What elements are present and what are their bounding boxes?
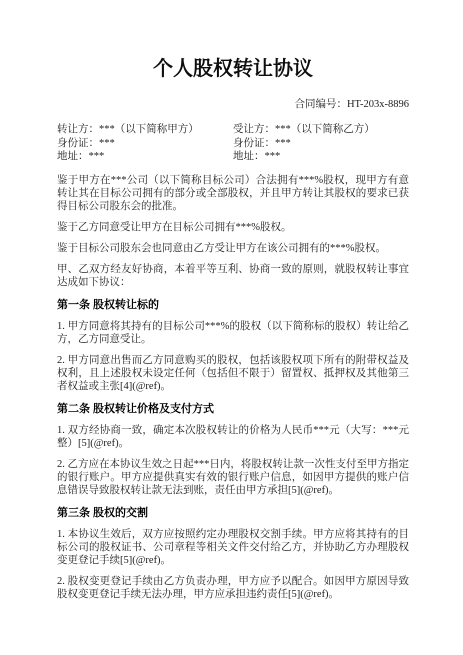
party-transferor: 转让方：***（以下简称甲方） 身份证：*** 地址：*** [57,123,233,164]
party-transferee: 受让方：***（以下简称乙方） 身份证：*** 地址：*** [233,123,409,164]
transferee-name-line: 受让方：***（以下简称乙方） [233,123,409,137]
recital-paragraph: 鉴于乙方同意受让甲方在目标公司拥有***%股权。 [57,221,409,234]
article-heading: 第三条 股权的交割 [57,506,409,520]
document-page: 个人股权转让协议 合同编号：HT-203x-8896 转让方：***（以下简称甲… [0,0,463,655]
contract-number-value: HT-203x-8896 [347,99,409,110]
clause-paragraph: 2. 股权变更登记手续由乙方负责办理，甲方应予以配合。如因甲方原因导致股权变更登… [57,575,409,601]
contract-number-label: 合同编号： [294,99,347,110]
clause-paragraph: 1. 甲方同意将其持有的目标公司***%的股权（以下简称标的股权）转让给乙方，乙… [57,320,409,346]
clause-paragraph: 1. 双方经协商一致，确定本次股权转让的价格为人民币***元（大写：***元整）… [57,424,409,450]
parties-block: 转让方：***（以下简称甲方） 身份证：*** 地址：*** 受让方：***（以… [57,123,409,164]
transferor-name-line: 转让方：***（以下简称甲方） [57,123,233,137]
article-heading: 第一条 股权转让标的 [57,298,409,312]
clause-paragraph: 2. 乙方应在本协议生效之日起***日内，将股权转让款一次性支付至甲方指定的银行… [57,458,409,497]
transferee-address-line: 地址：*** [233,150,409,164]
preamble-paragraph: 甲、乙双方经友好协商，本着平等互利、协商一致的原则，就股权转让事宜达成如下协议： [57,263,409,289]
transferor-address-line: 地址：*** [57,150,233,164]
article-heading: 第二条 股权转让价格及支付方式 [57,402,409,416]
document-title: 个人股权转让协议 [57,56,409,82]
recital-paragraph: 鉴于目标公司股东会也同意由乙方受让甲方在该公司拥有的***%股权。 [57,242,409,255]
transferor-id-line: 身份证：*** [57,137,233,151]
recital-paragraph: 鉴于甲方在***公司（以下简称目标公司）合法拥有***%股权，现甲方有意转让其在… [57,174,409,213]
clause-paragraph: 2. 甲方同意出售而乙方同意购买的股权，包括该股权项下所有的附带权益及权利，且上… [57,354,409,393]
contract-number-line: 合同编号：HT-203x-8896 [57,98,409,111]
clause-paragraph: 1. 本协议生效后，双方应按照约定办理股权交割手续。甲方应将其持有的目标公司的股… [57,528,409,567]
transferee-id-line: 身份证：*** [233,137,409,151]
